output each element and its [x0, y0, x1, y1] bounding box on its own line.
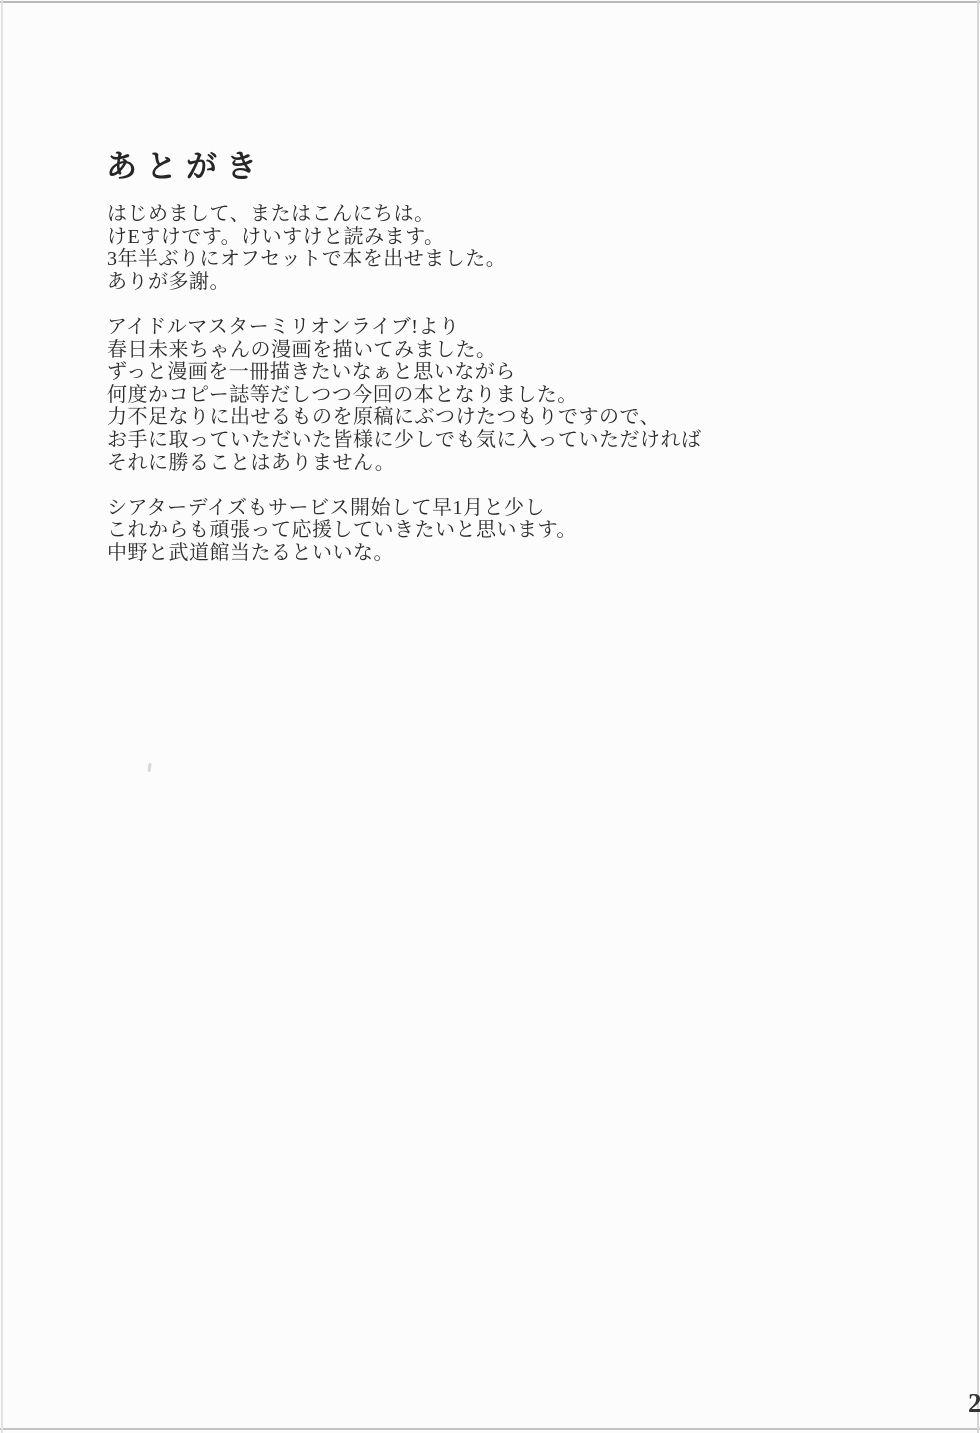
text-line: アイドルマスターミリオンライブ!より	[107, 316, 867, 339]
text-line: ありが多謝。	[107, 271, 867, 294]
text-line: それに勝ることはありません。	[107, 452, 867, 475]
text-line: お手に取っていただいた皆様に少しでも気に入っていただければ	[107, 429, 867, 452]
scan-edge-bottom	[0, 1428, 980, 1430]
text-line: これからも頑張って応援していきたいと思います。	[107, 519, 867, 542]
text-line: 春日未来ちゃんの漫画を描いてみました。	[107, 339, 867, 362]
afterword-title: あとがき	[106, 141, 266, 186]
dust-speck	[147, 763, 151, 772]
afterword-paragraph: アイドルマスターミリオンライブ!より 春日未来ちゃんの漫画を描いてみました。 ず…	[107, 316, 867, 474]
afterword-paragraph: シアターデイズもサービス開始して早1月と少し これからも頑張って応援していきたい…	[107, 497, 867, 565]
afterword-paragraph: はじめまして、またはこんにちは。 けEすけです。けいすけと読みます。 3年半ぶり…	[107, 203, 867, 293]
text-line: シアターデイズもサービス開始して早1月と少し	[107, 497, 867, 520]
afterword-body: はじめまして、またはこんにちは。 けEすけです。けいすけと読みます。 3年半ぶり…	[107, 203, 867, 565]
scan-edge-right	[977, 0, 979, 1433]
page-number: 2	[968, 1388, 980, 1419]
text-line: けEすけです。けいすけと読みます。	[107, 226, 867, 249]
text-line: 何度かコピー誌等だしつつ今回の本となりました。	[107, 384, 867, 407]
text-line: ずっと漫画を一冊描きたいなぁと思いながら	[107, 361, 867, 384]
scanned-page: { "document": { "title": "あとがき", "paragr…	[0, 0, 980, 1433]
text-line: 力不足なりに出せるものを原稿にぶつけたつもりですので、	[107, 406, 867, 429]
scan-edge-left	[1, 0, 3, 1433]
text-line: はじめまして、またはこんにちは。	[107, 203, 867, 226]
scan-edge-top	[0, 1, 980, 3]
text-line: 3年半ぶりにオフセットで本を出せました。	[107, 248, 867, 271]
text-line: 中野と武道館当たるといいな。	[107, 542, 867, 565]
